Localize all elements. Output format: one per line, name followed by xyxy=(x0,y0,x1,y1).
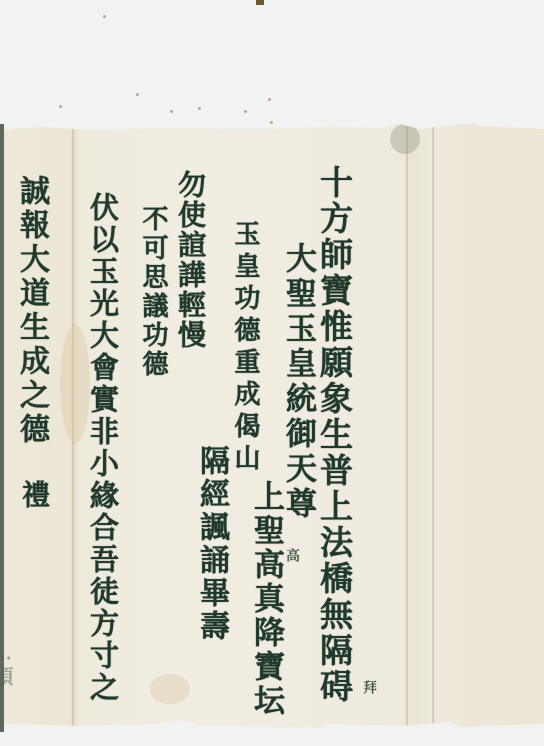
column-1: 十方師寶惟願象生普上法橋無隔碍 xyxy=(318,165,351,705)
column-4a: 勿使諠譁輕慢 xyxy=(176,170,204,350)
speck xyxy=(59,105,62,108)
speck xyxy=(170,110,173,113)
fold-line xyxy=(432,124,434,732)
speck xyxy=(268,98,271,101)
column-1-note: 拜 xyxy=(362,680,376,696)
column-3b-note: 高 xyxy=(285,548,299,564)
ink-blot xyxy=(390,124,420,154)
column-7-note: 禮 xyxy=(20,480,48,510)
column-4b: 隔經諷誦畢壽 xyxy=(196,445,226,643)
tape-mark xyxy=(256,0,264,5)
column-3b: 上聖高真降寶坛 xyxy=(250,480,281,718)
speck xyxy=(244,110,247,113)
speck xyxy=(136,93,139,96)
column-3a: 玉皇功德重成偈山 xyxy=(232,220,258,476)
column-6: 伏以玉光大會實非小緣合吾徒方寸之 xyxy=(88,192,117,704)
column-5: 不可思議功德 xyxy=(140,205,166,379)
stain xyxy=(150,674,190,704)
edge-fragment: …頂 xyxy=(0,640,12,688)
column-7: 誠報大道生成之德 xyxy=(16,175,46,447)
speck xyxy=(103,15,106,18)
speck xyxy=(198,107,201,110)
column-2: 大聖玉皇統御天尊 xyxy=(282,242,313,522)
speck xyxy=(270,121,273,124)
fold-line xyxy=(406,124,408,732)
